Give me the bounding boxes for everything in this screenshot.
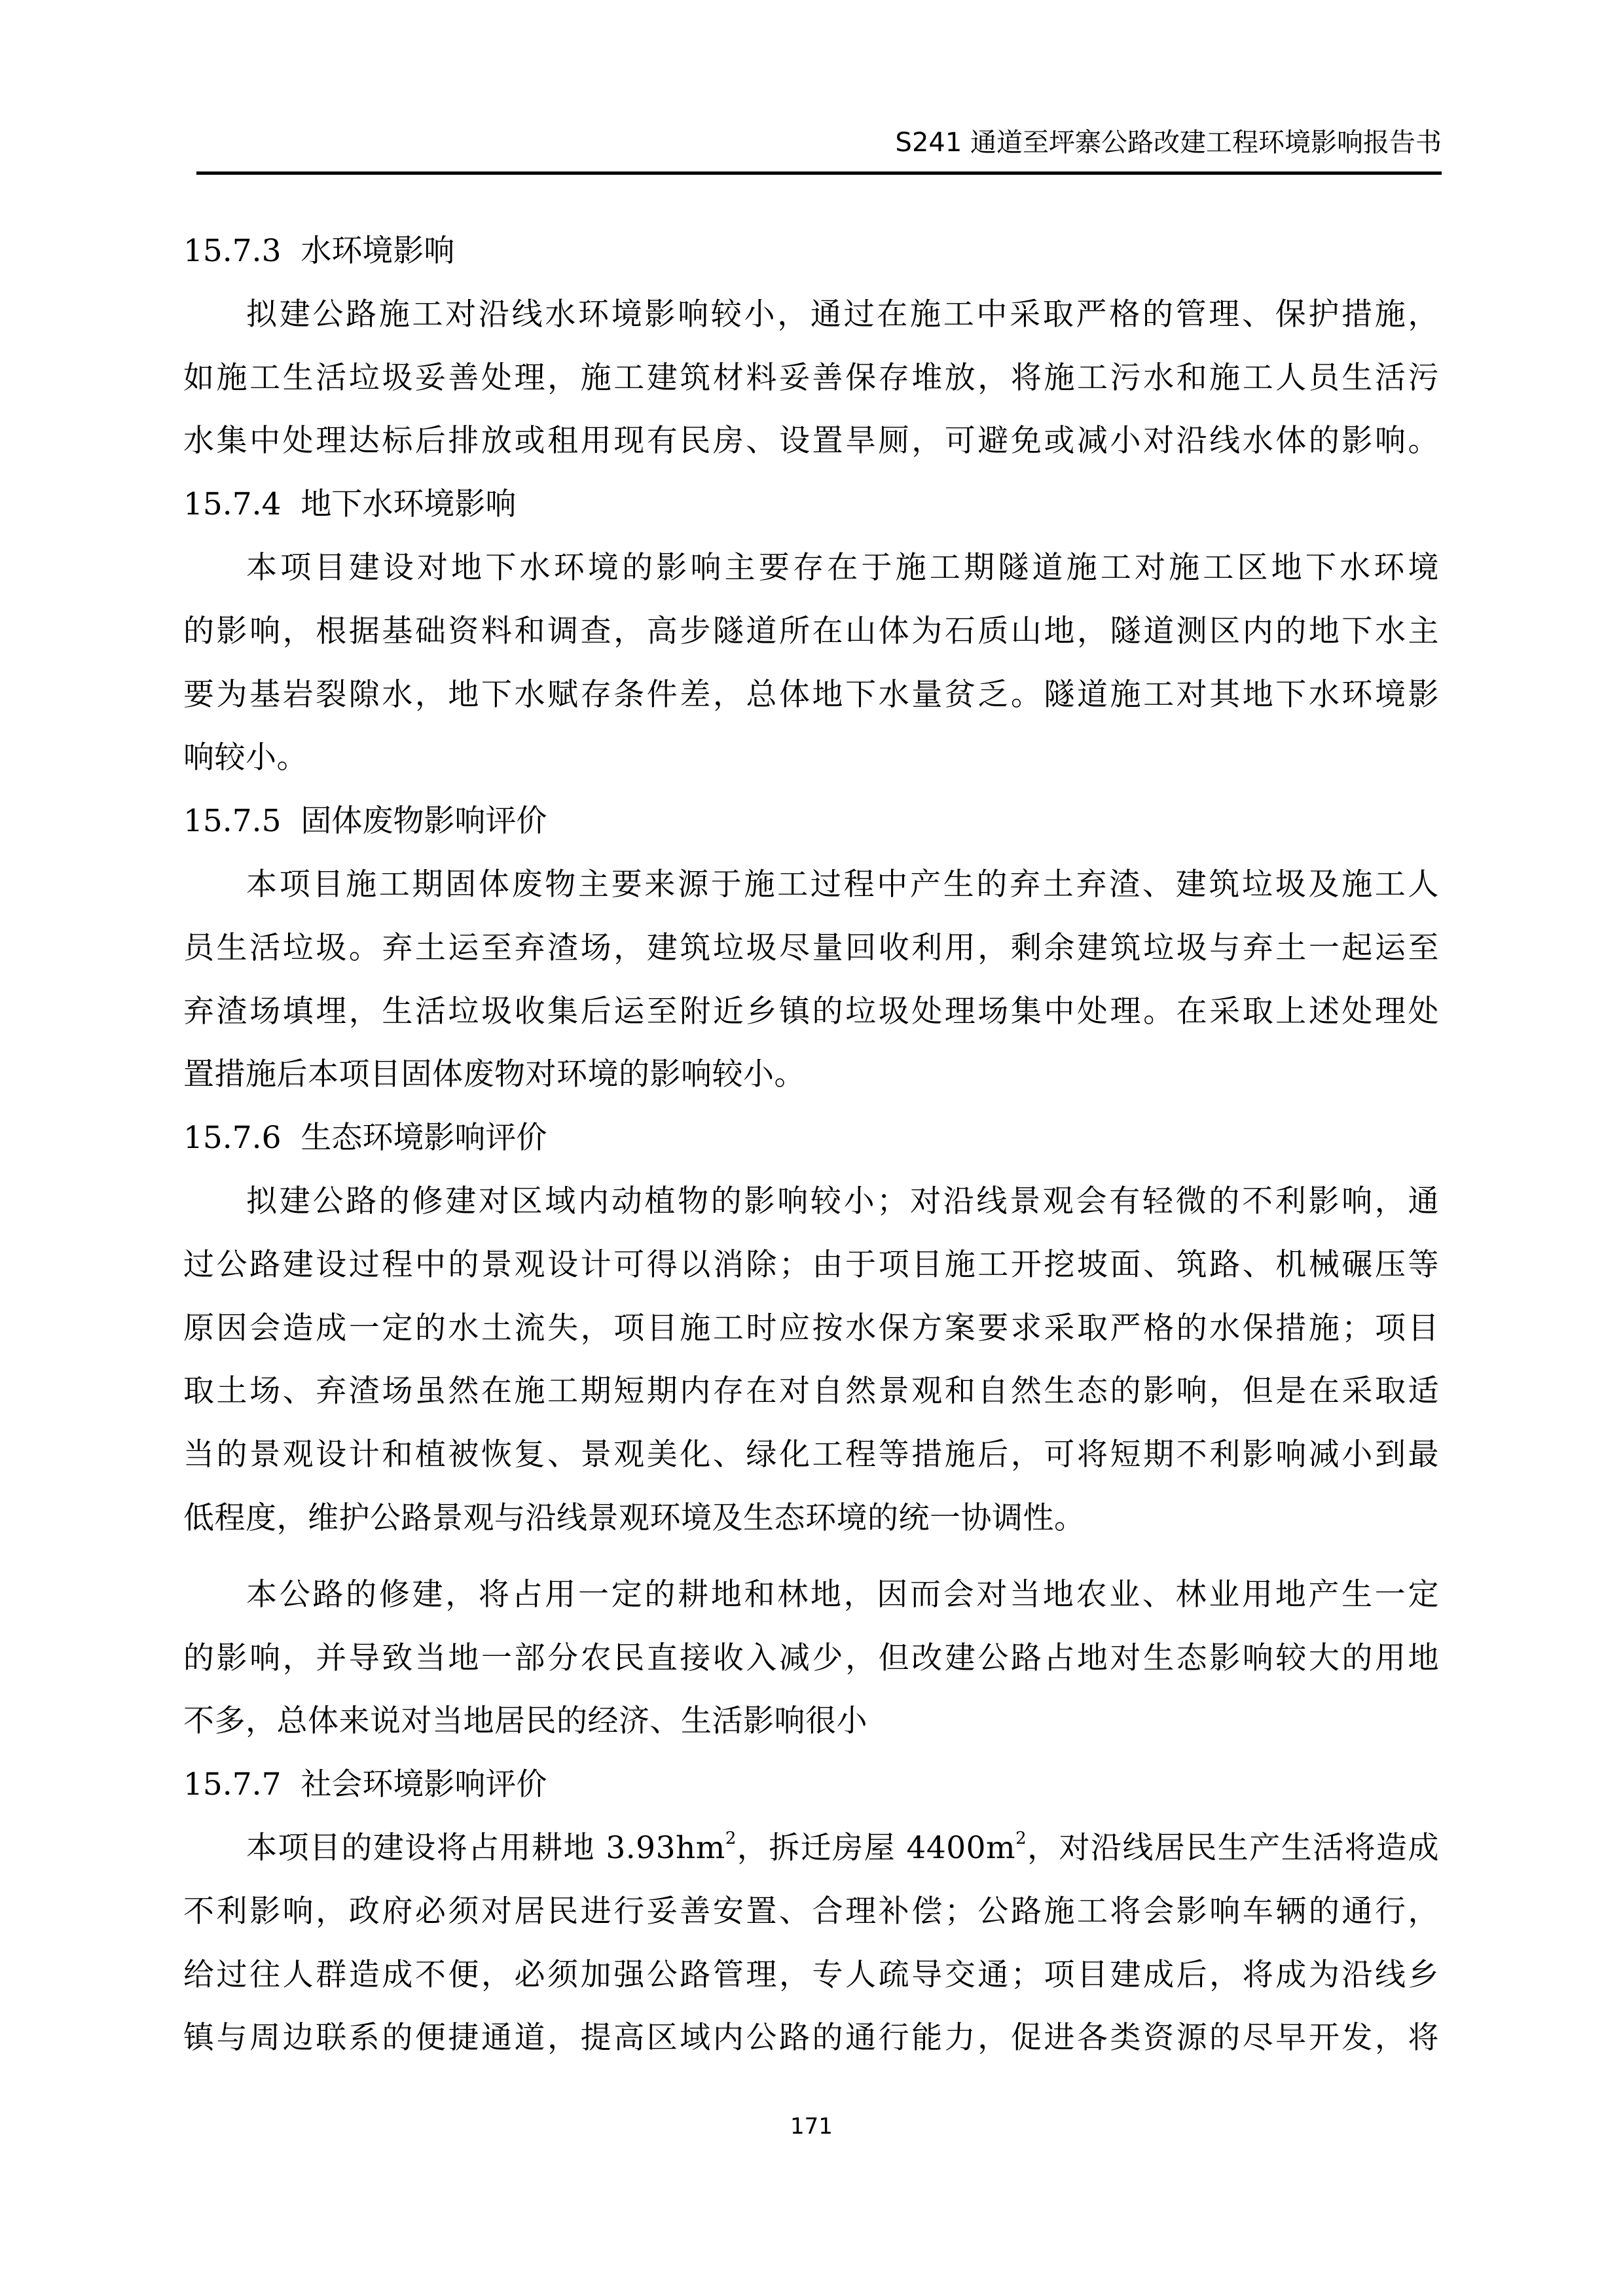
section-number: 15.7.7 <box>183 1767 282 1803</box>
text-run: ，对沿线居民生产生活将造成 <box>1027 1830 1439 1866</box>
section-heading-15-7-5: 15.7.5 固体废物影响评价 <box>183 790 1439 853</box>
section-heading-15-7-6: 15.7.6 生态环境影响评价 <box>183 1107 1439 1170</box>
section-title: 地下水环境影响 <box>301 486 516 522</box>
section-heading-15-7-4: 15.7.4 地下水环境影响 <box>183 473 1439 537</box>
paragraph-line: 的影响，并导致当地一部分农民直接收入减少，但改建公路占地对生态影响较大的用地 <box>183 1627 1439 1691</box>
text-run: ，拆迁房屋 4400m <box>737 1830 1015 1866</box>
header-rule <box>196 171 1442 175</box>
paragraph-line: 本项目建设对地下水环境的影响主要存在于施工期隧道施工对施工区地下水环境 <box>183 537 1439 600</box>
paragraph-line: 原因会造成一定的水土流失，项目施工时应按水保方案要求采取严格的水保措施；项目 <box>183 1297 1439 1361</box>
section-heading-15-7-7: 15.7.7 社会环境影响评价 <box>183 1753 1439 1817</box>
section-number: 15.7.3 <box>183 233 282 269</box>
paragraph-line: 镇与周边联系的便捷通道，提高区域内公路的通行能力，促进各类资源的尽早开发，将 <box>183 2007 1439 2070</box>
page-number: 171 <box>0 2110 1623 2143</box>
section-number: 15.7.6 <box>183 1120 282 1156</box>
paragraph-line: 要为基岩裂隙水，地下水赋存条件差，总体地下水量贫乏。隧道施工对其地下水环境影 <box>183 664 1439 727</box>
section-number: 15.7.5 <box>183 803 282 839</box>
running-header: S241 通道至坪寨公路改建工程环境影响报告书 <box>896 124 1442 161</box>
section-title: 水环境影响 <box>301 233 454 269</box>
paragraph-spacing <box>183 1551 1439 1564</box>
paragraph-line: 不多，总体来说对当地居民的经济、生活影响很小 <box>183 1690 1439 1753</box>
section-number: 15.7.4 <box>183 486 282 522</box>
section-heading-15-7-3: 15.7.3 水环境影响 <box>183 220 1439 283</box>
paragraph-line: 的影响，根据基础资料和调查，高步隧道所在山体为石质山地，隧道测区内的地下水主 <box>183 600 1439 664</box>
body-content: 15.7.3 水环境影响 拟建公路施工对沿线水环境影响较小，通过在施工中采取严格… <box>183 220 1439 2070</box>
paragraph-line: 低程度，维护公路景观与沿线景观环境及生态环境的统一协调性。 <box>183 1487 1439 1551</box>
superscript: 2 <box>1015 1829 1027 1848</box>
paragraph-line: 本项目的建设将占用耕地 3.93hm2，拆迁房屋 4400m2，对沿线居民生产生… <box>183 1817 1439 1880</box>
paragraph-line: 本公路的修建，将占用一定的耕地和林地，因而会对当地农业、林业用地产生一定 <box>183 1564 1439 1627</box>
paragraph-line: 取土场、弃渣场虽然在施工期短期内存在对自然景观和自然生态的影响，但是在采取适 <box>183 1360 1439 1424</box>
paragraph-line: 不利影响，政府必须对居民进行妥善安置、合理补偿；公路施工将会影响车辆的通行， <box>183 1880 1439 1944</box>
paragraph-line: 如施工生活垃圾妥善处理，施工建筑材料妥善保存堆放，将施工污水和施工人员生活污 <box>183 347 1439 410</box>
paragraph-line: 当的景观设计和植被恢复、景观美化、绿化工程等措施后，可将短期不利影响减小到最 <box>183 1424 1439 1487</box>
document-page: S241 通道至坪寨公路改建工程环境影响报告书 15.7.3 水环境影响 拟建公… <box>0 0 1623 2296</box>
section-title: 社会环境影响评价 <box>301 1767 547 1803</box>
paragraph-line: 置措施后本项目固体废物对环境的影响较小。 <box>183 1043 1439 1107</box>
paragraph-line: 弃渣场填埋，生活垃圾收集后运至附近乡镇的垃圾处理场集中处理。在采取上述处理处 <box>183 980 1439 1044</box>
superscript: 2 <box>725 1829 737 1848</box>
paragraph-line: 拟建公路施工对沿线水环境影响较小，通过在施工中采取严格的管理、保护措施， <box>183 283 1439 347</box>
paragraph-line: 给过往人群造成不便，必须加强公路管理，专人疏导交通；项目建成后，将成为沿线乡 <box>183 1944 1439 2007</box>
paragraph-line: 员生活垃圾。弃土运至弃渣场，建筑垃圾尽量回收利用，剩余建筑垃圾与弃土一起运至 <box>183 917 1439 980</box>
section-title: 固体废物影响评价 <box>301 803 547 839</box>
section-title: 生态环境影响评价 <box>301 1120 547 1156</box>
paragraph-line: 响较小。 <box>183 726 1439 790</box>
paragraph-line: 水集中处理达标后排放或租用现有民房、设置旱厕，可避免或减小对沿线水体的影响。 <box>183 410 1439 473</box>
paragraph-line: 拟建公路的修建对区域内动植物的影响较小；对沿线景观会有轻微的不利影响，通 <box>183 1170 1439 1234</box>
text-run: 本项目的建设将占用耕地 3.93hm <box>246 1830 725 1866</box>
paragraph-line: 过公路建设过程中的景观设计可得以消除；由于项目施工开挖坡面、筑路、机械碾压等 <box>183 1234 1439 1297</box>
paragraph-line: 本项目施工期固体废物主要来源于施工过程中产生的弃土弃渣、建筑垃圾及施工人 <box>183 853 1439 917</box>
